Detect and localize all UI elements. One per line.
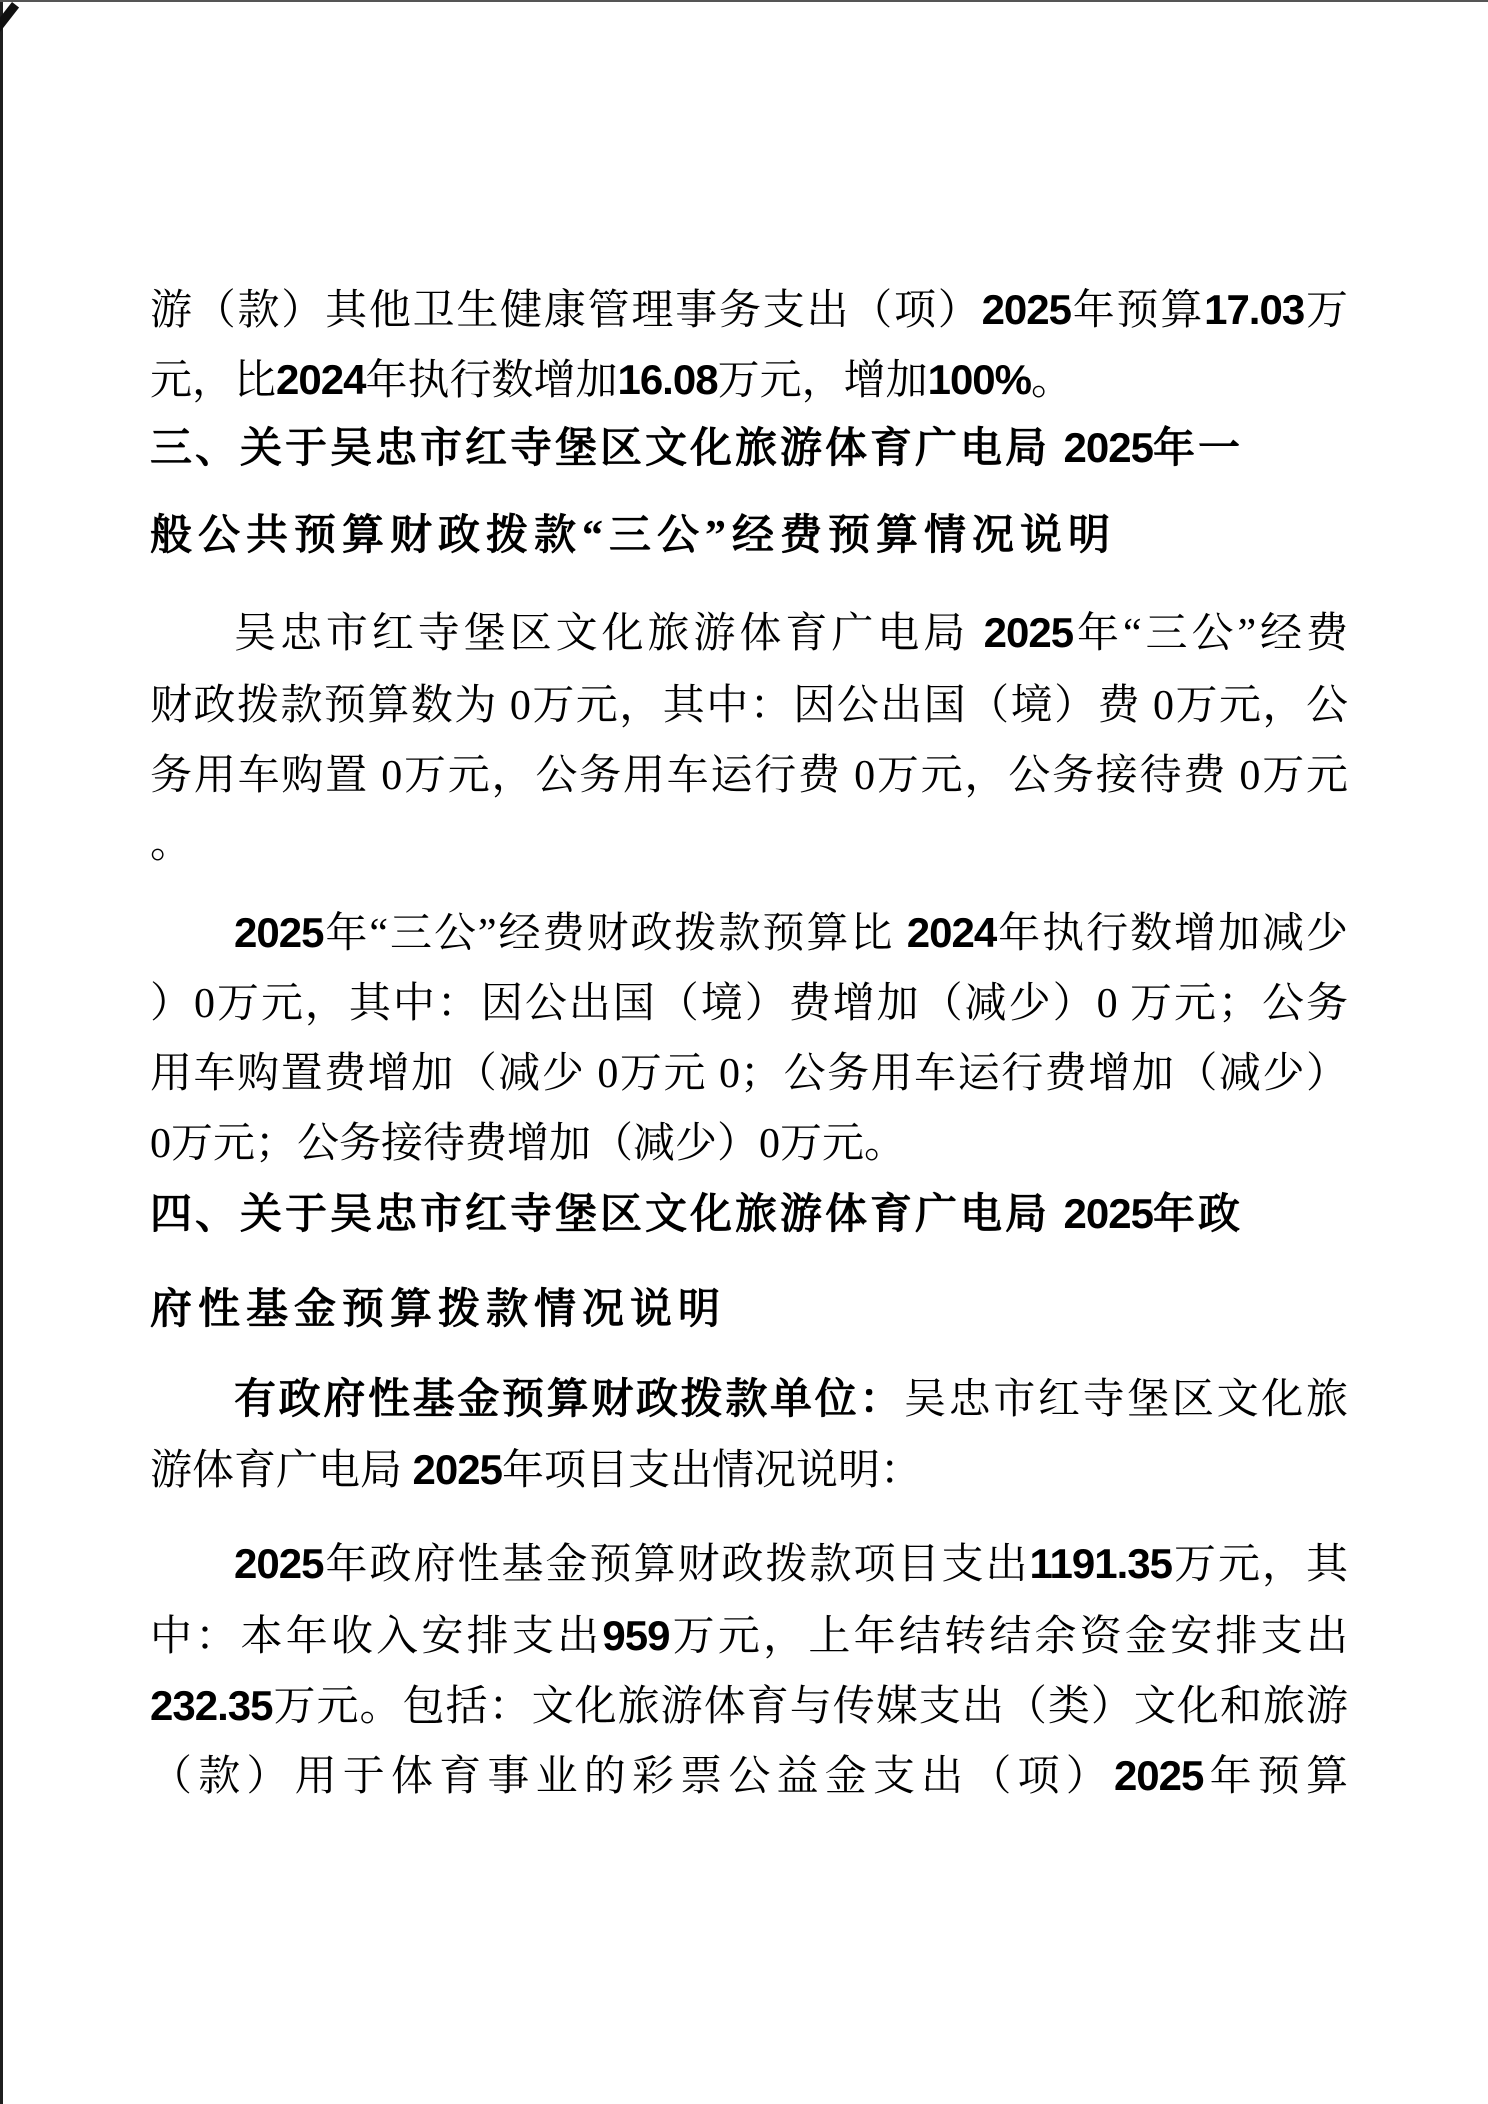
section3-para2-line-1: 2025年“三公”经费财政拨款预算比 2024年执行数增加减少 [150,905,1348,961]
para3-line-1-rest: 吴忠市红寺堡区文化旅 [904,1377,1348,1423]
section4-para4-line-1: 2025年政府性基金预算财政拨款项目支出1191.35万元，其 [150,1536,1348,1592]
intro-line-2: 元，比2024年执行数增加16.08万元，增加100%。 [150,352,1348,408]
section3-para2-line-3: 用车购置费增加（减少 0万元 0；公务用车运行费增加（减少） [150,1046,1348,1102]
section3-para2-line-4: 0万元；公务接待费增加（减少）0万元。 [150,1116,1348,1172]
scan-edge-left [0,0,3,2104]
section3-heading-line-2: 般公共预算财政拨款“三公”经费预算情况说明 [150,508,1348,564]
section4-heading-line-1: 四、关于吴忠市红寺堡区文化旅游体育广电局 2025年政 [150,1186,1348,1242]
section4-para3-line-2: 游体育广电局 2025年项目支出情况说明： [150,1442,1348,1498]
section3-para1-line-3: 务用车购置 0万元，公务用车运行费 0万元，公务接待费 0万元 [150,748,1348,804]
section3-para2-line-2: ）0万元，其中：因公出国（境）费增加（减少）0 万元；公务 [150,976,1348,1032]
section4-heading-line-2: 府性基金预算拨款情况说明 [150,1282,1348,1338]
section3-heading-line-1: 三、关于吴忠市红寺堡区文化旅游体育广电局 2025年一 [150,420,1348,476]
section3-para1-line-4: 。 [150,816,1348,872]
document-page: 游（款）其他卫生健康管理事务支出（项）2025年预算17.03万 元，比2024… [0,0,1488,2104]
section4-para4-line-2: 中：本年收入安排支出959万元，上年结转结余资金安排支出 [150,1608,1348,1664]
intro-line-1: 游（款）其他卫生健康管理事务支出（项）2025年预算17.03万 [150,282,1348,338]
section4-para4-line-4: （款）用于体育事业的彩票公益金支出（项）2025年预算 [150,1748,1348,1804]
section4-para4-line-3: 232.35万元。包括：文化旅游体育与传媒支出（类）文化和旅游 [150,1678,1348,1734]
section4-para3-line-1: 有政府性基金预算财政拨款单位：吴忠市红寺堡区文化旅 [150,1372,1348,1428]
section3-para1-line-1: 吴忠市红寺堡区文化旅游体育广电局 2025年“三公”经费 [150,605,1348,661]
para3-bold-lead: 有政府性基金预算财政拨款单位： [234,1377,904,1423]
section3-para1-line-2: 财政拨款预算数为 0万元，其中：因公出国（境）费 0万元，公 [150,678,1348,734]
scan-edge-top [0,0,1488,2]
